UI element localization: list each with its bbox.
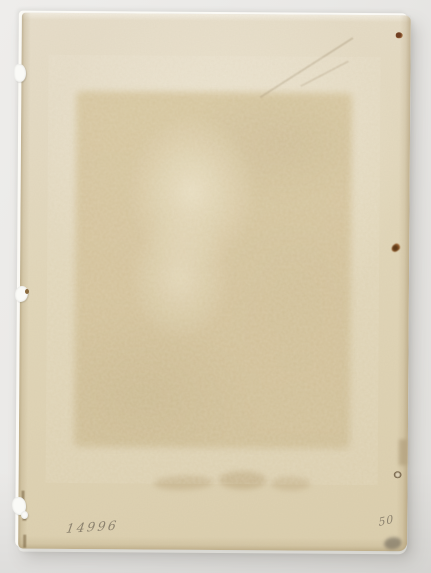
left-edge-tear-chip xyxy=(21,511,28,519)
left-edge-chip-stain xyxy=(25,289,29,294)
offset-smudge xyxy=(271,476,311,490)
left-edge-wear-mark xyxy=(23,535,26,548)
print-show-through-stain xyxy=(74,91,352,449)
bottom-right-smudge xyxy=(384,537,401,549)
handwritten-number-50: 50 xyxy=(378,512,395,529)
offset-smudge xyxy=(153,475,213,491)
top-right-stain-spot xyxy=(396,32,403,38)
right-edge-dark-smudge xyxy=(399,439,407,465)
left-edge-tear-chip xyxy=(14,64,26,82)
right-edge-pinhole xyxy=(394,471,402,478)
offset-smudge xyxy=(219,471,267,489)
handwritten-inventory-number: 14996 xyxy=(65,517,119,535)
photo-backdrop: 14996 50 xyxy=(0,0,431,573)
right-edge-brown-mark xyxy=(390,242,401,253)
paper-sheet: 14996 50 xyxy=(18,13,411,552)
crease-line xyxy=(260,37,353,98)
